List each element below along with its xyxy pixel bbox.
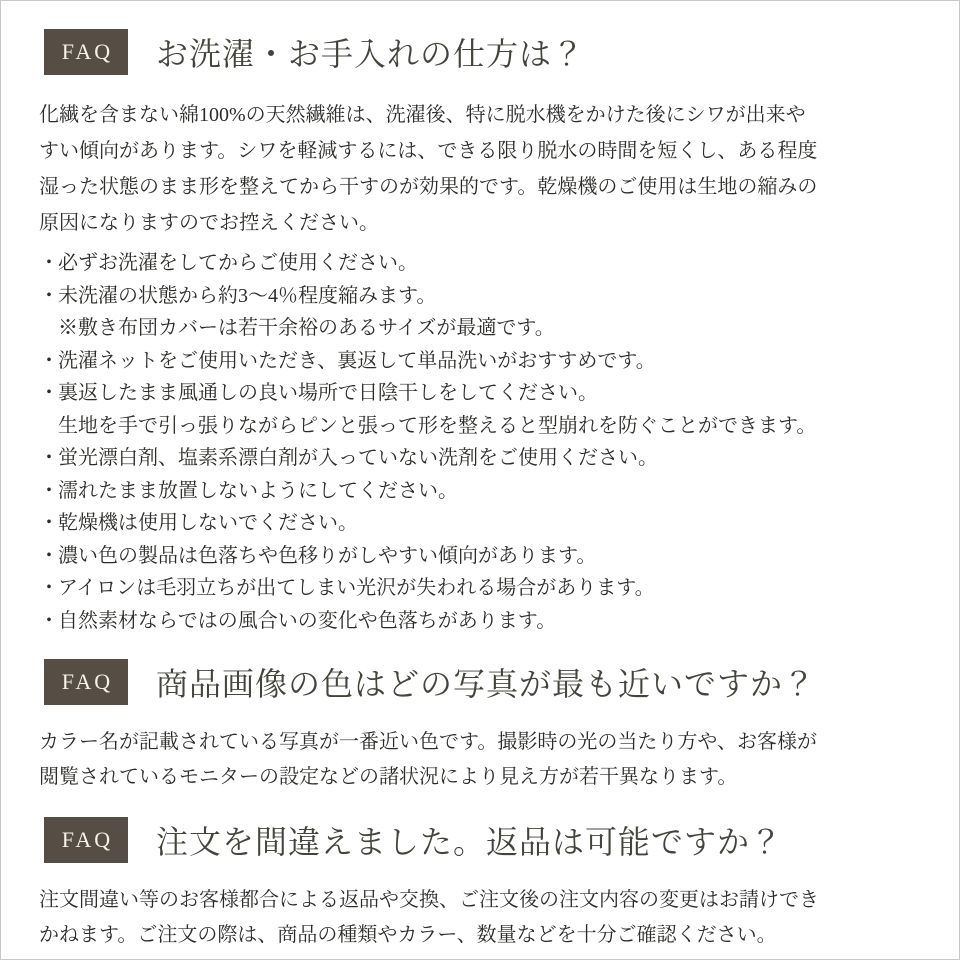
bullet-marker: ・ bbox=[39, 247, 58, 280]
faq-section-header-washing: FAQ お洗濯・お手入れの仕方は？ bbox=[44, 29, 921, 75]
list-item: ・ 未洗濯の状態から約3〜4％程度縮みます。 bbox=[39, 280, 921, 313]
faq-section-header-returns: FAQ 注文を間違えました。返品は可能ですか？ bbox=[44, 817, 921, 863]
list-item: ・ 自然素材ならではの風合いの変化や色落ちがあります。 bbox=[39, 605, 921, 638]
list-item-text: 未洗濯の状態から約3〜4％程度縮みます。 bbox=[58, 280, 436, 313]
bullet-marker: ・ bbox=[39, 377, 58, 410]
bullet-marker: ・ bbox=[39, 280, 58, 313]
answer-line: 閲覧されているモニターの設定などの諸状況により見え方が若干異なります。 bbox=[39, 760, 921, 795]
answer-line: 注文間違い等のお客様都合による返品や交換、ご注文後の注文内容の変更はお請けでき bbox=[39, 883, 921, 918]
faq-section-header-color: FAQ 商品画像の色はどの写真が最も近いですか？ bbox=[44, 659, 921, 705]
list-item-text: 生地を手で引っ張りながらピンと張って形を整えると型崩れを防ぐことができます。 bbox=[58, 410, 816, 443]
faq-answer-color: カラー名が記載されている写真が一番近い色です。撮影時の光の当たり方や、お客様が … bbox=[39, 725, 921, 795]
list-item: ・ アイロンは毛羽立ちが出てしまい光沢が失われる場合があります。 bbox=[39, 572, 921, 605]
list-item: ・ 乾燥機は使用しないでください。 bbox=[39, 507, 921, 540]
list-item-text: 自然素材ならではの風合いの変化や色落ちがあります。 bbox=[58, 605, 556, 638]
faq-badge-label: FAQ bbox=[59, 827, 113, 853]
list-item-text: 濃い色の製品は色落ちや色移りがしやすい傾向があります。 bbox=[58, 540, 596, 573]
list-item-text: 洗濯ネットをご使用いただき、裏返して単品洗いがおすすめです。 bbox=[58, 345, 656, 378]
list-item-text: 濡れたまま放置しないようにしてください。 bbox=[58, 475, 458, 508]
list-item: ・ 蛍光漂白剤、塩素系漂白剤が入っていない洗剤をご使用ください。 bbox=[39, 442, 921, 475]
faq-badge: FAQ bbox=[44, 817, 128, 863]
care-instructions-list: ・ 必ずお洗濯をしてからご使用ください。 ・ 未洗濯の状態から約3〜4％程度縮み… bbox=[39, 247, 921, 637]
list-item-note: ※敷き布団カバーは若干余裕のあるサイズが最適です。 bbox=[39, 312, 921, 345]
list-item: ・ 濡れたまま放置しないようにしてください。 bbox=[39, 475, 921, 508]
bullet-marker: ・ bbox=[39, 345, 58, 378]
faq-question-returns: 注文を間違えました。返品は可能ですか？ bbox=[156, 817, 783, 863]
bullet-marker: ・ bbox=[39, 507, 58, 540]
bullet-marker: ・ bbox=[39, 540, 58, 573]
faq-page: FAQ お洗濯・お手入れの仕方は？ 化繊を含まない綿100%の天然繊維は、洗濯後… bbox=[0, 0, 960, 960]
list-item: ・ 濃い色の製品は色落ちや色移りがしやすい傾向があります。 bbox=[39, 540, 921, 573]
bullet-marker: ・ bbox=[39, 605, 58, 638]
faq-badge: FAQ bbox=[44, 659, 128, 705]
bullet-marker bbox=[39, 410, 58, 443]
list-item-text: 蛍光漂白剤、塩素系漂白剤が入っていない洗剤をご使用ください。 bbox=[58, 442, 658, 475]
bullet-marker bbox=[39, 312, 58, 345]
bullet-marker: ・ bbox=[39, 572, 58, 605]
answer-line: すい傾向があります。シワを軽減するには、できる限り脱水の時間を短くし、ある程度 bbox=[39, 133, 921, 169]
answer-line: カラー名が記載されている写真が一番近い色です。撮影時の光の当たり方や、お客様が bbox=[39, 725, 921, 760]
answer-line: かねます。ご注文の際は、商品の種類やカラー、数量などを十分ご確認ください。 bbox=[39, 918, 921, 953]
answer-line: 湿った状態のまま形を整えてから干すのが効果的です。乾燥機のご使用は生地の縮みの bbox=[39, 169, 921, 205]
faq-question-washing: お洗濯・お手入れの仕方は？ bbox=[156, 29, 585, 75]
faq-answer-washing: 化繊を含まない綿100%の天然繊維は、洗濯後、特に脱水機をかけた後にシワが出来や… bbox=[39, 97, 921, 241]
faq-badge-label: FAQ bbox=[59, 39, 113, 65]
list-item: ・ 洗濯ネットをご使用いただき、裏返して単品洗いがおすすめです。 bbox=[39, 345, 921, 378]
faq-question-color: 商品画像の色はどの写真が最も近いですか？ bbox=[156, 659, 816, 705]
list-item-text: 裏返したまま風通しの良い場所で日陰干しをしてください。 bbox=[58, 377, 598, 410]
faq-answer-returns: 注文間違い等のお客様都合による返品や交換、ご注文後の注文内容の変更はお請けでき … bbox=[39, 883, 921, 953]
list-item-text: 必ずお洗濯をしてからご使用ください。 bbox=[58, 247, 418, 280]
list-item-note: 生地を手で引っ張りながらピンと張って形を整えると型崩れを防ぐことができます。 bbox=[39, 410, 921, 443]
bullet-marker: ・ bbox=[39, 442, 58, 475]
list-item-text: 乾燥機は使用しないでください。 bbox=[58, 507, 358, 540]
answer-line: 原因になりますのでお控えください。 bbox=[39, 205, 921, 241]
bullet-marker: ・ bbox=[39, 475, 58, 508]
faq-badge: FAQ bbox=[44, 29, 128, 75]
list-item-text: アイロンは毛羽立ちが出てしまい光沢が失われる場合があります。 bbox=[58, 572, 655, 605]
list-item: ・ 必ずお洗濯をしてからご使用ください。 bbox=[39, 247, 921, 280]
answer-line: 化繊を含まない綿100%の天然繊維は、洗濯後、特に脱水機をかけた後にシワが出来や bbox=[39, 97, 921, 133]
faq-badge-label: FAQ bbox=[59, 669, 113, 695]
list-item: ・ 裏返したまま風通しの良い場所で日陰干しをしてください。 bbox=[39, 377, 921, 410]
list-item-text: ※敷き布団カバーは若干余裕のあるサイズが最適です。 bbox=[58, 312, 555, 345]
